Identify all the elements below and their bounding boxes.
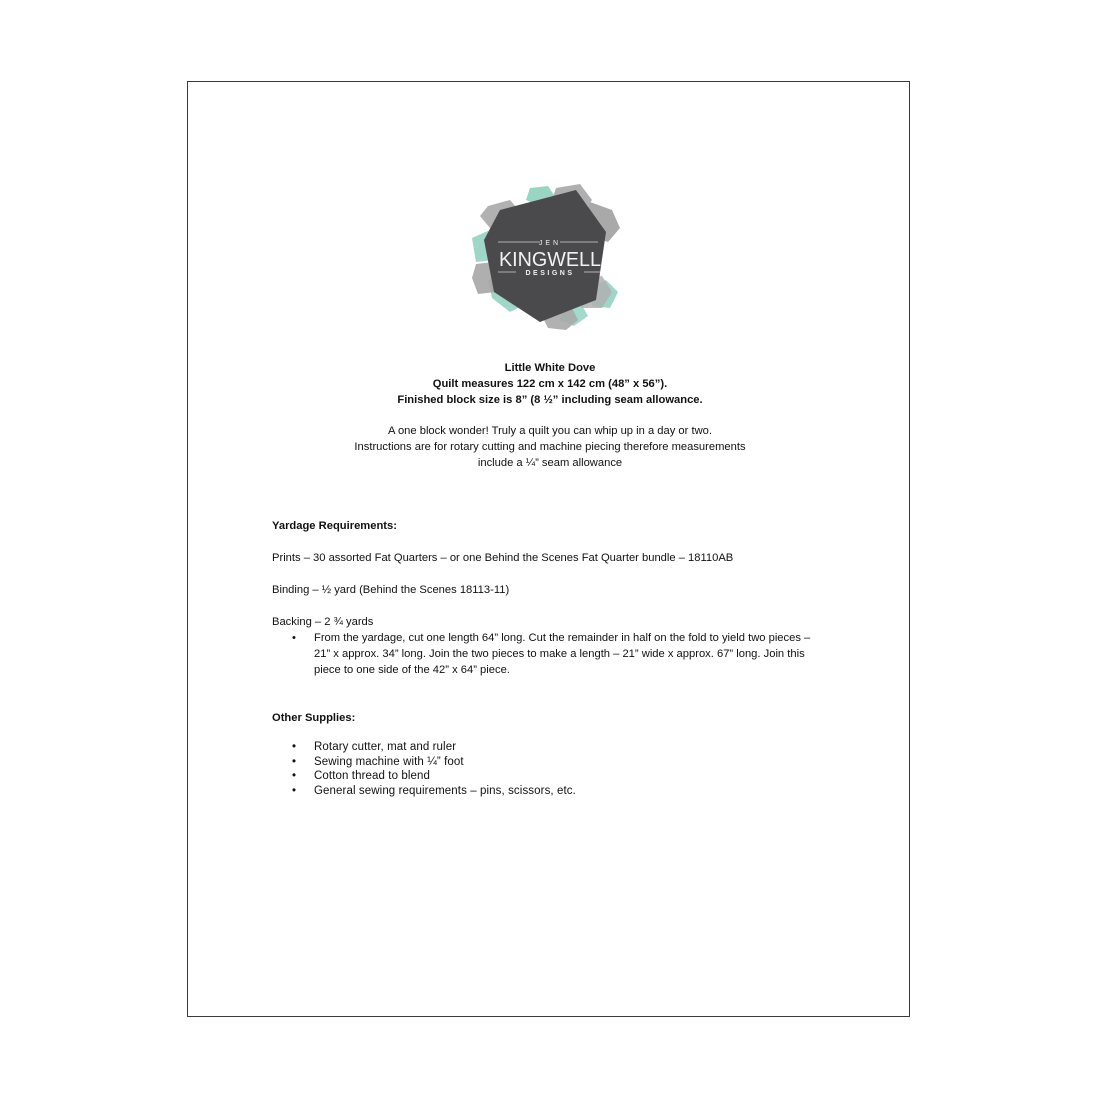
supply-item-text: Cotton thread to blend bbox=[314, 770, 430, 782]
intro-text: A one block wonder! Truly a quilt you ca… bbox=[300, 423, 800, 471]
supplies-heading: Other Supplies: bbox=[272, 710, 355, 726]
yardage-prints: Prints – 30 assorted Fat Quarters – or o… bbox=[272, 550, 733, 566]
quilt-title-block: Little White Dove Quilt measures 122 cm … bbox=[300, 360, 800, 408]
hexagon-logo-icon: JEN KINGWELL DESIGNS bbox=[470, 180, 630, 330]
intro-line-3: include a ¼” seam allowance bbox=[300, 455, 800, 471]
yardage-heading: Yardage Requirements: bbox=[272, 518, 397, 534]
list-item: • Rotary cutter, mat and ruler bbox=[292, 740, 576, 755]
list-item: • General sewing requirements – pins, sc… bbox=[292, 784, 576, 799]
svg-text:JEN: JEN bbox=[539, 240, 561, 247]
svg-text:DESIGNS: DESIGNS bbox=[525, 270, 574, 277]
backing-instructions-list: • From the yardage, cut one length 64” l… bbox=[292, 630, 812, 678]
quilt-measures: Quilt measures 122 cm x 142 cm (48” x 56… bbox=[300, 376, 800, 392]
intro-line-2: Instructions are for rotary cutting and … bbox=[300, 439, 800, 455]
bullet-icon: • bbox=[292, 740, 296, 755]
yardage-binding: Binding – ½ yard (Behind the Scenes 1811… bbox=[272, 582, 509, 598]
supply-item-text: General sewing requirements – pins, scis… bbox=[314, 785, 576, 797]
bullet-icon: • bbox=[292, 630, 296, 646]
svg-text:KINGWELL: KINGWELL bbox=[499, 249, 601, 271]
backing-instruction-text: From the yardage, cut one length 64” lon… bbox=[314, 632, 810, 676]
jen-kingwell-designs-logo: JEN KINGWELL DESIGNS bbox=[470, 180, 630, 330]
list-item: • Sewing machine with ¼” foot bbox=[292, 755, 576, 770]
list-item: • Cotton thread to blend bbox=[292, 769, 576, 784]
yardage-backing: Backing – 2 ¾ yards bbox=[272, 614, 373, 630]
list-item: • From the yardage, cut one length 64” l… bbox=[292, 630, 812, 678]
bullet-icon: • bbox=[292, 755, 296, 770]
bullet-icon: • bbox=[292, 769, 296, 784]
bullet-icon: • bbox=[292, 784, 296, 799]
intro-line-1: A one block wonder! Truly a quilt you ca… bbox=[300, 423, 800, 439]
supplies-list: • Rotary cutter, mat and ruler • Sewing … bbox=[292, 740, 576, 798]
quilt-name: Little White Dove bbox=[300, 360, 800, 376]
block-size: Finished block size is 8” (8 ½” includin… bbox=[300, 392, 800, 408]
supply-item-text: Rotary cutter, mat and ruler bbox=[314, 741, 456, 753]
supply-item-text: Sewing machine with ¼” foot bbox=[314, 756, 464, 768]
